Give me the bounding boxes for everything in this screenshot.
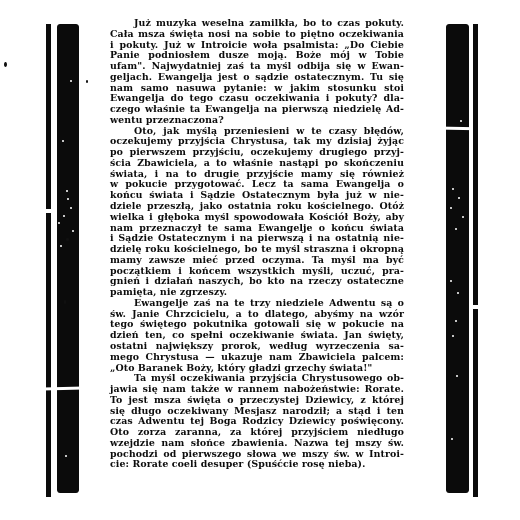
paper-speck — [4, 62, 7, 67]
text-line: wielka i głęboka myśl spowodowała Kośció… — [110, 213, 404, 224]
text-line: wzejdzie nam słońce zbawienia. Nazwa tej… — [110, 439, 404, 450]
text-line: cie: Rorate coeli desuper (Spuśćcie rosę… — [110, 460, 404, 471]
text-line: geljach. Ewangelja jest o sądzie ostatec… — [110, 73, 404, 84]
text-line: mamy zawsze mieć przed oczyma. Ta myśl m… — [110, 256, 404, 267]
body-text-column: Już muzyka weselna zamilkła, bo to czas … — [110, 19, 404, 471]
text-line: Cała msza święta nosi na sobie to piętno… — [110, 30, 404, 41]
right-rule-gap — [472, 305, 479, 309]
left-page-edge-rule — [46, 24, 51, 497]
right-page-edge-rule — [473, 24, 478, 497]
paper-speck — [66, 238, 69, 241]
text-line: mego Chrystusa — ukazuje nam Zbawiciela … — [110, 353, 404, 364]
right-binding-bar — [446, 24, 469, 493]
right-bar-scan-noise — [460, 120, 462, 122]
paper-speck — [86, 80, 88, 83]
left-bar-scan-noise — [70, 80, 72, 82]
left-rule-gap — [45, 209, 52, 213]
left-binding-bar — [57, 24, 79, 493]
paper-speck — [64, 300, 66, 304]
text-line: To jest msza święta o przeczystej Dziewi… — [110, 396, 404, 407]
scanned-page: Już muzyka weselna zamilkła, bo to czas … — [0, 0, 520, 520]
